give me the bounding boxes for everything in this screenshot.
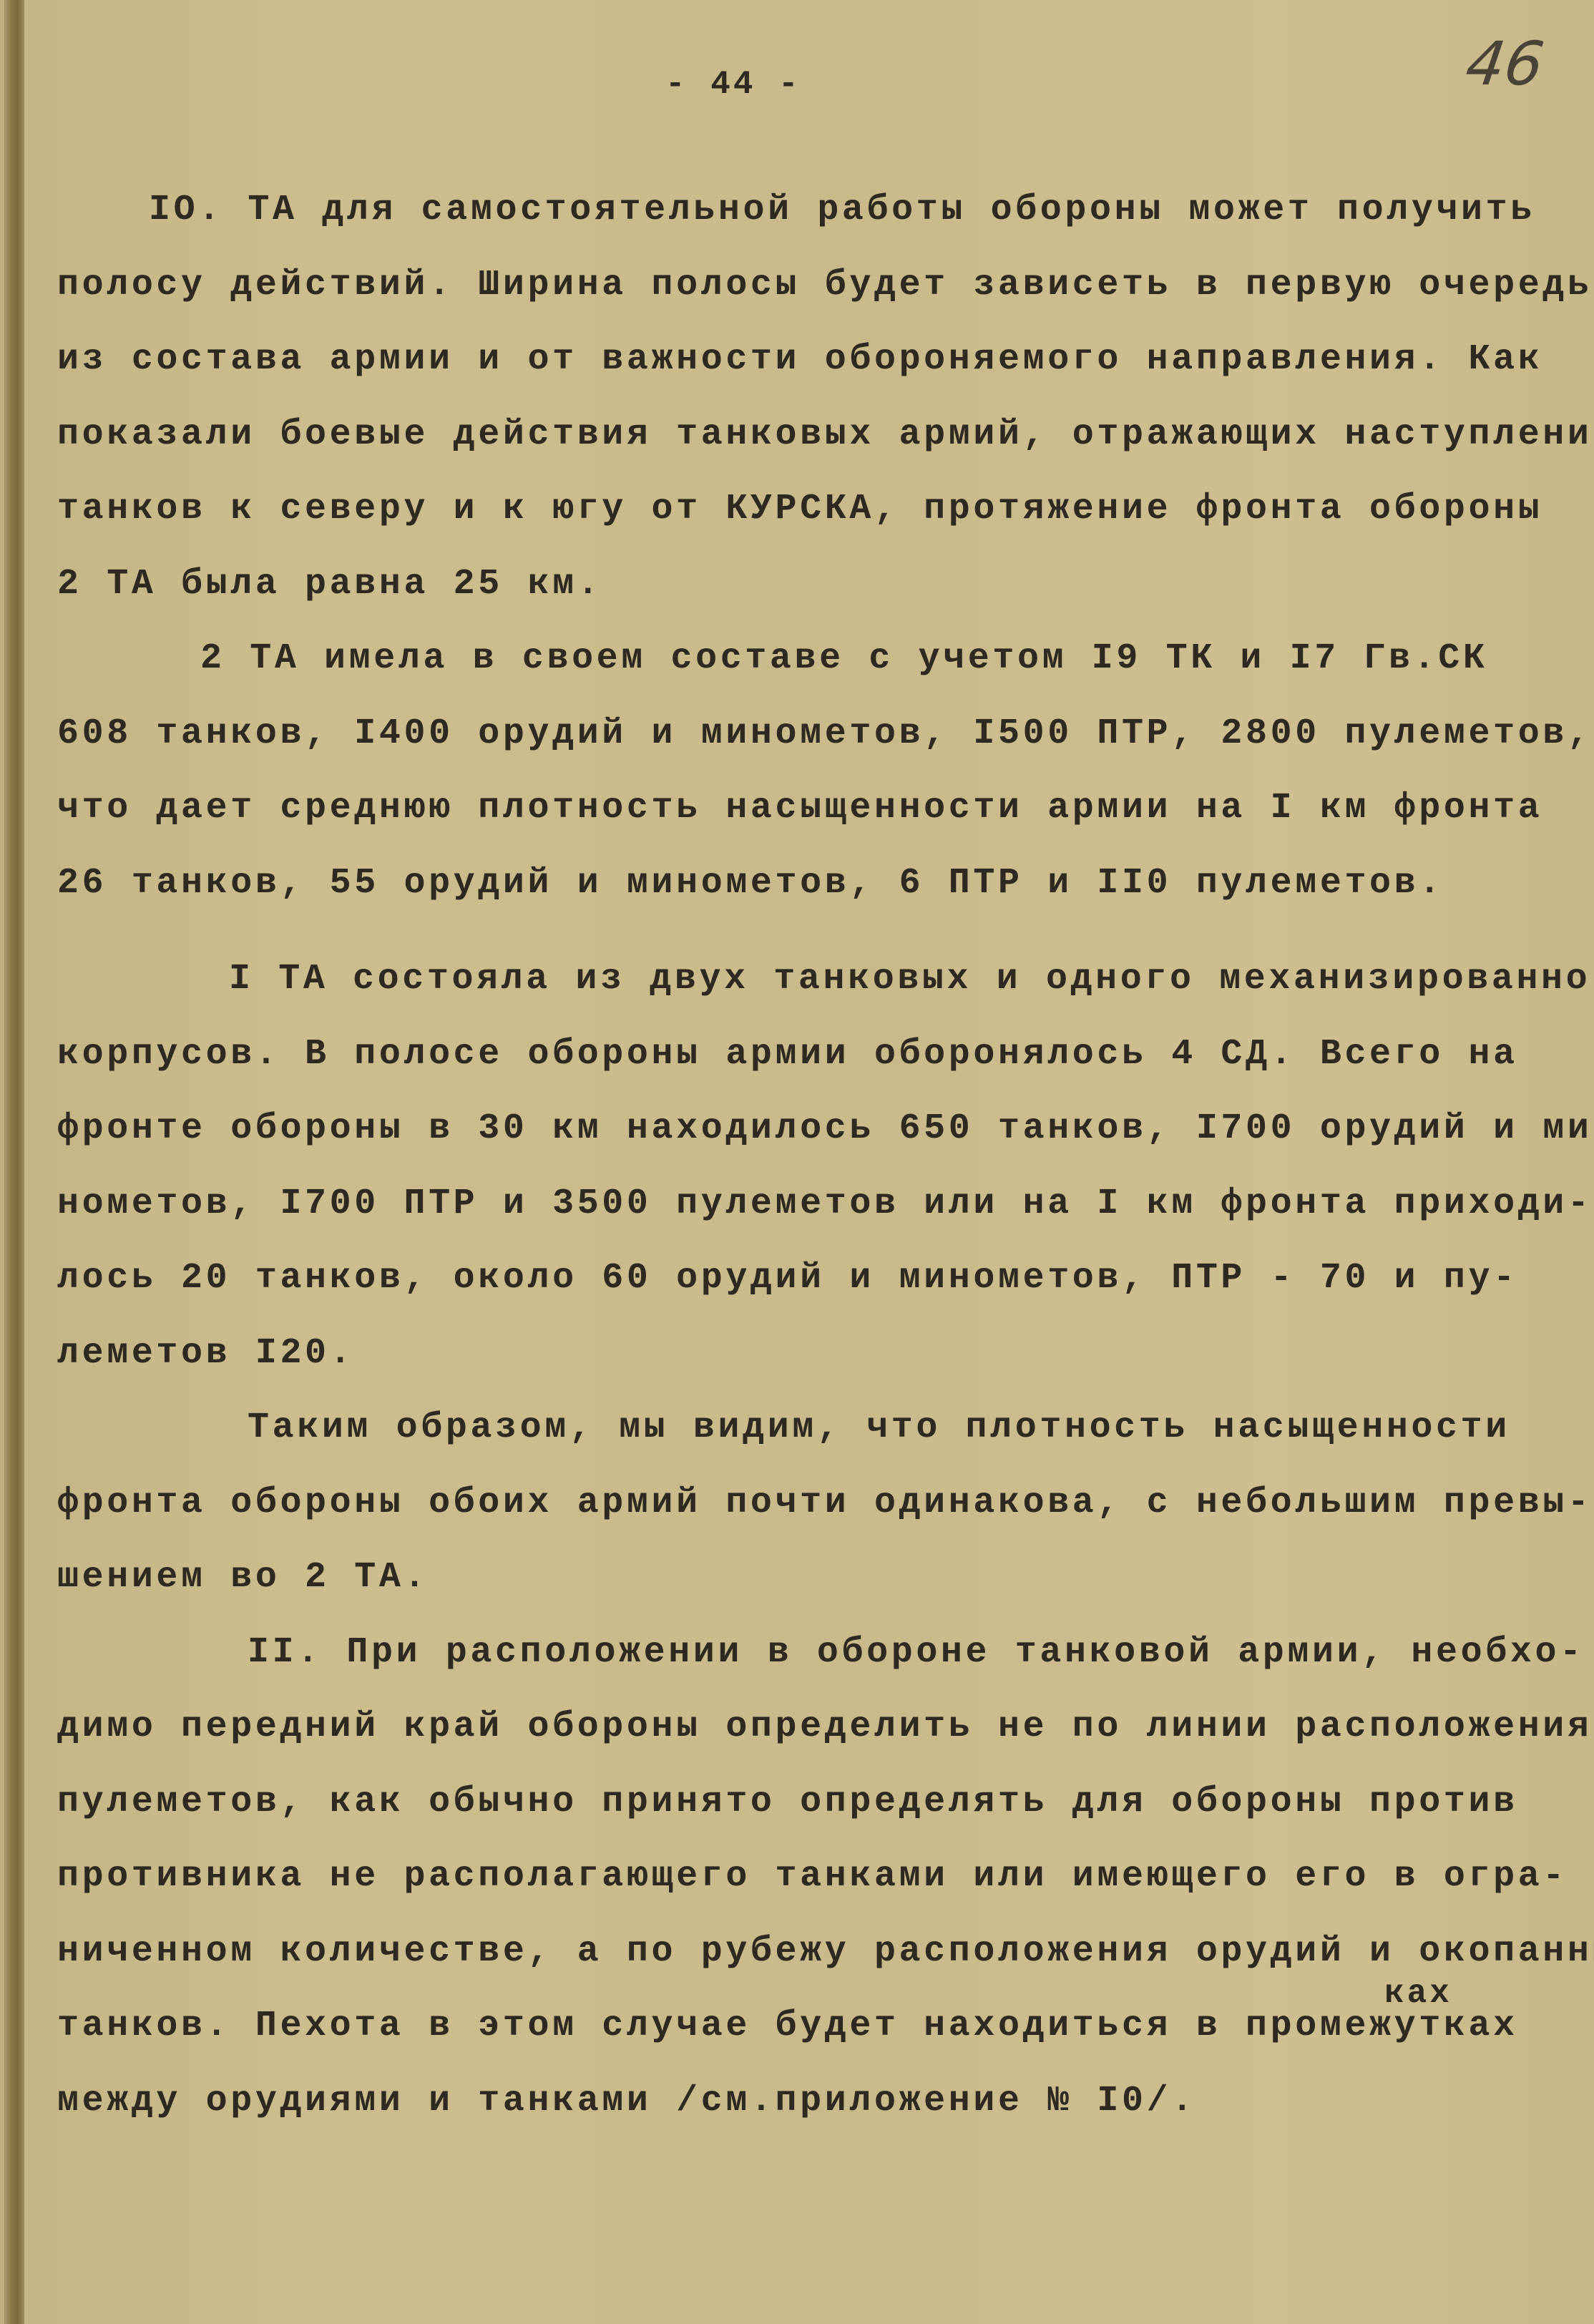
text-line: танков к северу и к югу от КУРСКА, протя… [57, 472, 1594, 547]
text-line: леметов I20. [57, 1317, 1594, 1392]
text-line: что дает среднюю плотность насыщенности … [57, 771, 1594, 846]
text-line: Таким образом, мы видим, что плотность н… [57, 1391, 1594, 1466]
text-line: IO. ТА для самостоятельной работы оборон… [57, 173, 1594, 248]
text-line: фронте обороны в 30 км находилось 650 та… [57, 1092, 1594, 1167]
text-line: фронта обороны обоих армий почти одинако… [57, 1466, 1594, 1541]
paragraph-1ta-composition: I ТА состояла из двух танковых и одного … [57, 942, 1594, 1391]
text-line: пулеметов, как обычно принято определять… [57, 1765, 1594, 1840]
text-line: между орудиями и танками /см.приложение … [57, 2064, 1594, 2139]
text-line: показали боевые действия танковых армий,… [57, 398, 1594, 473]
text-line: нометов, I700 ПТР и 3500 пулеметов или н… [57, 1167, 1594, 1242]
handwritten-sheet-number: 46 [1462, 29, 1548, 99]
paragraph-gap [57, 921, 1594, 942]
page-number: - 44 - [665, 66, 801, 103]
text-line: димо передний край обороны определить не… [57, 1690, 1594, 1765]
text-line: из состава армии и от важности обороняем… [57, 323, 1594, 398]
interlinear-correction: ках [1384, 1975, 1452, 2012]
text-line: шением во 2 ТА. [57, 1541, 1594, 1616]
page-binding-edge [4, 0, 24, 2324]
text-line: противника не располагающего танками или… [57, 1840, 1594, 1915]
text-line: I ТА состояла из двух танковых и одного … [57, 942, 1594, 1017]
text-line: II. При расположении в обороне танковой … [57, 1616, 1594, 1691]
text-line: лось 20 танков, около 60 орудий и миноме… [57, 1241, 1594, 1317]
paragraph-2ta-composition: 2 ТА имела в своем составе с учетом I9 Т… [57, 622, 1594, 921]
text-line: 608 танков, I400 орудий и минометов, I50… [57, 697, 1594, 772]
text-line: танков. Пехота в этом случае будет наход… [57, 1989, 1594, 2064]
text-line: корпусов. В полосе обороны армии обороня… [57, 1017, 1594, 1093]
document-body: IO. ТА для самостоятельной работы оборон… [57, 173, 1594, 2139]
paragraph-11: II. При расположении в обороне танковой … [57, 1616, 1594, 2139]
text-line: полосу действий. Ширина полосы будет зав… [57, 248, 1594, 323]
text-line: 2 ТА имела в своем составе с учетом I9 Т… [57, 622, 1594, 697]
text-line: ниченном количестве, а по рубежу располо… [57, 1915, 1594, 1990]
text-line: 26 танков, 55 орудий и минометов, 6 ПТР … [57, 846, 1594, 922]
text-line: 2 ТА была равна 25 км. [57, 547, 1594, 622]
paragraph-10: IO. ТА для самостоятельной работы оборон… [57, 173, 1594, 622]
paragraph-summary: Таким образом, мы видим, что плотность н… [57, 1391, 1594, 1616]
